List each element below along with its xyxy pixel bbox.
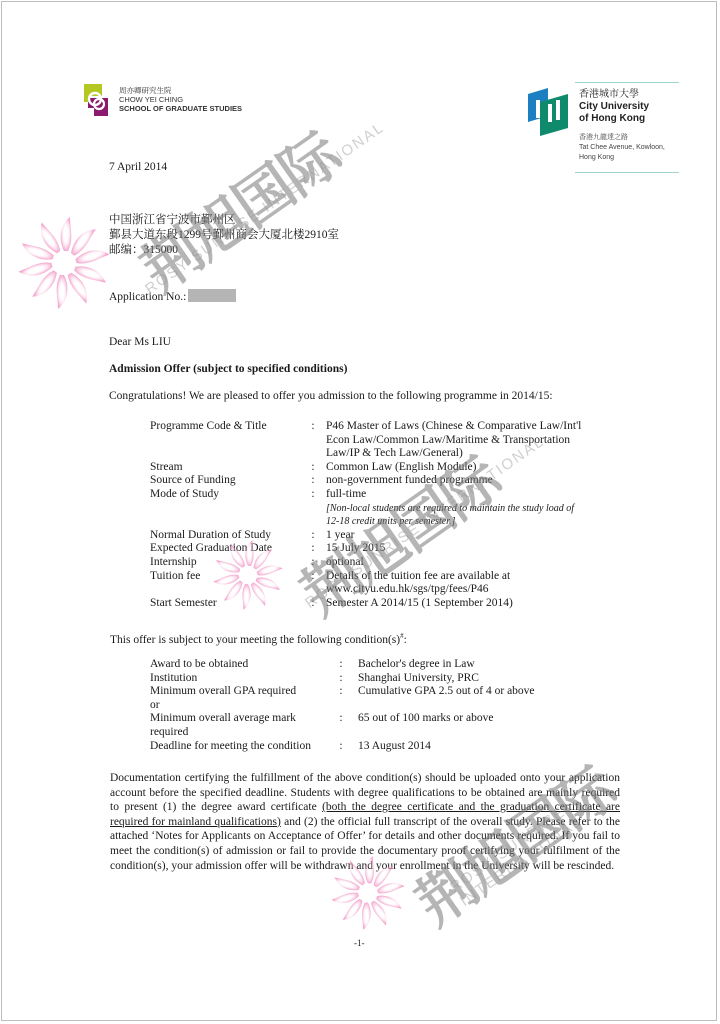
application-number: Application No.: — [109, 289, 236, 304]
cityu-logo-icon — [518, 86, 574, 138]
address-line-2: Hong Kong — [579, 153, 665, 163]
detail-note-line: [Non-local students are required to main… — [326, 502, 574, 516]
detail-note-line: 12-18 credit units per semester.] — [326, 515, 574, 529]
condition-value: 13 August 2014 — [358, 740, 431, 754]
separator: : — [306, 420, 320, 461]
condition-label: Institution — [150, 672, 330, 686]
address-line: 中国浙江省宁波市鄞州区 — [109, 213, 339, 228]
chow-yei-ching-logo-icon — [80, 82, 110, 118]
condition-label-line: Deadline for meeting the condition — [150, 740, 330, 754]
programme-details: Programme Code & Title:P46 Master of Law… — [150, 420, 581, 610]
condition-row: Award to be obtained:Bachelor's degree i… — [150, 658, 535, 672]
conditions-intro-text: This offer is subject to your meeting th… — [110, 634, 400, 646]
separator: : — [306, 488, 320, 529]
detail-label: Normal Duration of Study — [150, 529, 306, 543]
university-name-en-1: City University — [579, 101, 649, 113]
separator: : — [306, 597, 320, 611]
programme-detail-row: Start Semester:Semester A 2014/15 (1 Sep… — [150, 597, 581, 611]
programme-detail-row: Tuition fee:Details of the tuition fee a… — [150, 570, 581, 597]
condition-label-line: Minimum overall GPA required — [150, 685, 330, 699]
letter-page: 周亦卿研究生院 CHOW YEI CHING SCHOOL OF GRADUAT… — [1, 1, 717, 1021]
separator: : — [306, 542, 320, 556]
condition-value: Cumulative GPA 2.5 out of 4 or above — [358, 685, 535, 699]
separator: : — [306, 461, 320, 475]
university-name-cn: 香港城市大學 — [579, 89, 649, 101]
detail-value-line: Semester A 2014/15 (1 September 2014) — [326, 597, 513, 611]
flower-icon — [14, 208, 114, 318]
separator: : — [330, 685, 352, 699]
detail-value: 1 year — [326, 529, 354, 543]
condition-label: Deadline for meeting the condition — [150, 740, 330, 754]
address-line-1: Tat Chee Avenue, Kowloon, — [579, 143, 665, 153]
header-rule-bottom — [575, 172, 679, 173]
address-line: 鄞县大道东段1299号鄞州商会大厦北楼2910室 — [109, 228, 339, 243]
university-name-en-2: of Hong Kong — [579, 113, 649, 125]
school-name-en-2: SCHOOL OF GRADUATE STUDIES — [119, 104, 242, 113]
intro-text: Congratulations! We are pleased to offer… — [109, 389, 553, 403]
school-name-en-1: CHOW YEI CHING — [119, 95, 242, 104]
condition-value: Bachelor's degree in Law — [358, 658, 475, 672]
condition-row: or — [150, 699, 535, 713]
detail-label: Mode of Study — [150, 488, 306, 529]
letter-date: 7 April 2014 — [109, 160, 167, 174]
conditions-list: Award to be obtained:Bachelor's degree i… — [150, 658, 535, 753]
detail-value: P46 Master of Laws (Chinese & Comparativ… — [326, 420, 581, 461]
university-address: 香港九龍達之路 Tat Chee Avenue, Kowloon, Hong K… — [579, 133, 665, 163]
condition-row: Minimum overall average markrequired:65 … — [150, 712, 535, 739]
separator — [330, 699, 352, 713]
condition-row: Minimum overall GPA required:Cumulative … — [150, 685, 535, 699]
separator: : — [330, 712, 352, 739]
detail-value-line: non-government funded programme — [326, 474, 493, 488]
programme-detail-row: Source of Funding:non-government funded … — [150, 474, 581, 488]
separator: : — [306, 474, 320, 488]
detail-label: Source of Funding — [150, 474, 306, 488]
detail-label: Tuition fee — [150, 570, 306, 597]
redacted-application-number — [188, 289, 236, 302]
application-number-label: Application No.: — [109, 291, 186, 303]
university-name: 香港城市大學 City University of Hong Kong — [579, 89, 649, 125]
condition-value: 65 out of 100 marks or above — [358, 712, 493, 739]
programme-detail-row: Mode of Study:full-time[Non-local studen… — [150, 488, 581, 529]
detail-value: non-government funded programme — [326, 474, 493, 488]
detail-label: Stream — [150, 461, 306, 475]
condition-label-line: required — [150, 726, 330, 740]
detail-value-line: 1 year — [326, 529, 354, 543]
separator: : — [330, 658, 352, 672]
condition-label-line: Minimum overall average mark — [150, 712, 330, 726]
detail-value: Details of the tuition fee are available… — [326, 570, 510, 597]
separator: : — [330, 672, 352, 686]
conditions-intro-colon: : — [404, 634, 407, 646]
condition-label: Minimum overall GPA required — [150, 685, 330, 699]
watermark-cn: 荆旭国际 — [122, 110, 354, 307]
documentation-paragraph: Documentation certifying the fulfillment… — [110, 771, 620, 873]
programme-detail-row: Expected Graduation Date:15 July 2015 — [150, 542, 581, 556]
detail-value-line: P46 Master of Laws (Chinese & Comparativ… — [326, 420, 581, 434]
condition-label-line: Award to be obtained — [150, 658, 330, 672]
programme-detail-row: Programme Code & Title:P46 Master of Law… — [150, 420, 581, 461]
condition-label: or — [150, 699, 330, 713]
detail-value-line: optional — [326, 556, 364, 570]
header-rule-top — [575, 82, 679, 83]
school-name-cn: 周亦卿研究生院 — [119, 86, 242, 95]
condition-value: Shanghai University, PRC — [358, 672, 479, 686]
address-line: 邮编：315000 — [109, 243, 339, 258]
condition-row: Deadline for meeting the condition:13 Au… — [150, 740, 535, 754]
detail-value-line: Common Law (English Module) — [326, 461, 476, 475]
subject-heading: Admission Offer (subject to specified co… — [109, 362, 347, 376]
detail-value: 15 July 2015 — [326, 542, 385, 556]
detail-value-line: www.cityu.edu.hk/sgs/tpg/fees/P46 — [326, 583, 510, 597]
detail-value-line: full-time — [326, 488, 574, 502]
detail-label: Start Semester — [150, 597, 306, 611]
programme-detail-row: Internship:optional — [150, 556, 581, 570]
detail-value-line: Law/IP & Tech Law/General) — [326, 447, 581, 461]
conditions-intro: This offer is subject to your meeting th… — [110, 629, 407, 647]
detail-value: full-time[Non-local students are require… — [326, 488, 574, 529]
detail-value: Semester A 2014/15 (1 September 2014) — [326, 597, 513, 611]
separator: : — [306, 556, 320, 570]
detail-label: Programme Code & Title — [150, 420, 306, 461]
programme-detail-row: Normal Duration of Study:1 year — [150, 529, 581, 543]
detail-value-line: Details of the tuition fee are available… — [326, 570, 510, 584]
separator: : — [330, 740, 352, 754]
watermark-en: ROSY SUNRISE INTERNATIONAL — [142, 119, 388, 298]
detail-value-line: 15 July 2015 — [326, 542, 385, 556]
separator: : — [306, 570, 320, 597]
salutation: Dear Ms LIU — [109, 335, 171, 349]
address-cn: 香港九龍達之路 — [579, 133, 665, 143]
school-name: 周亦卿研究生院 CHOW YEI CHING SCHOOL OF GRADUAT… — [119, 86, 242, 113]
condition-label: Minimum overall average markrequired — [150, 712, 330, 739]
condition-label-line: or — [150, 699, 330, 713]
condition-row: Institution:Shanghai University, PRC — [150, 672, 535, 686]
programme-detail-row: Stream:Common Law (English Module) — [150, 461, 581, 475]
separator: : — [306, 529, 320, 543]
detail-label: Internship — [150, 556, 306, 570]
recipient-address: 中国浙江省宁波市鄞州区 鄞县大道东段1299号鄞州商会大厦北楼2910室 邮编：… — [109, 213, 339, 258]
page-number: -1- — [354, 936, 365, 950]
detail-value-line: Econ Law/Common Law/Maritime & Transport… — [326, 434, 581, 448]
condition-label: Award to be obtained — [150, 658, 330, 672]
condition-label-line: Institution — [150, 672, 330, 686]
detail-label: Expected Graduation Date — [150, 542, 306, 556]
detail-value: Common Law (English Module) — [326, 461, 476, 475]
detail-value: optional — [326, 556, 364, 570]
